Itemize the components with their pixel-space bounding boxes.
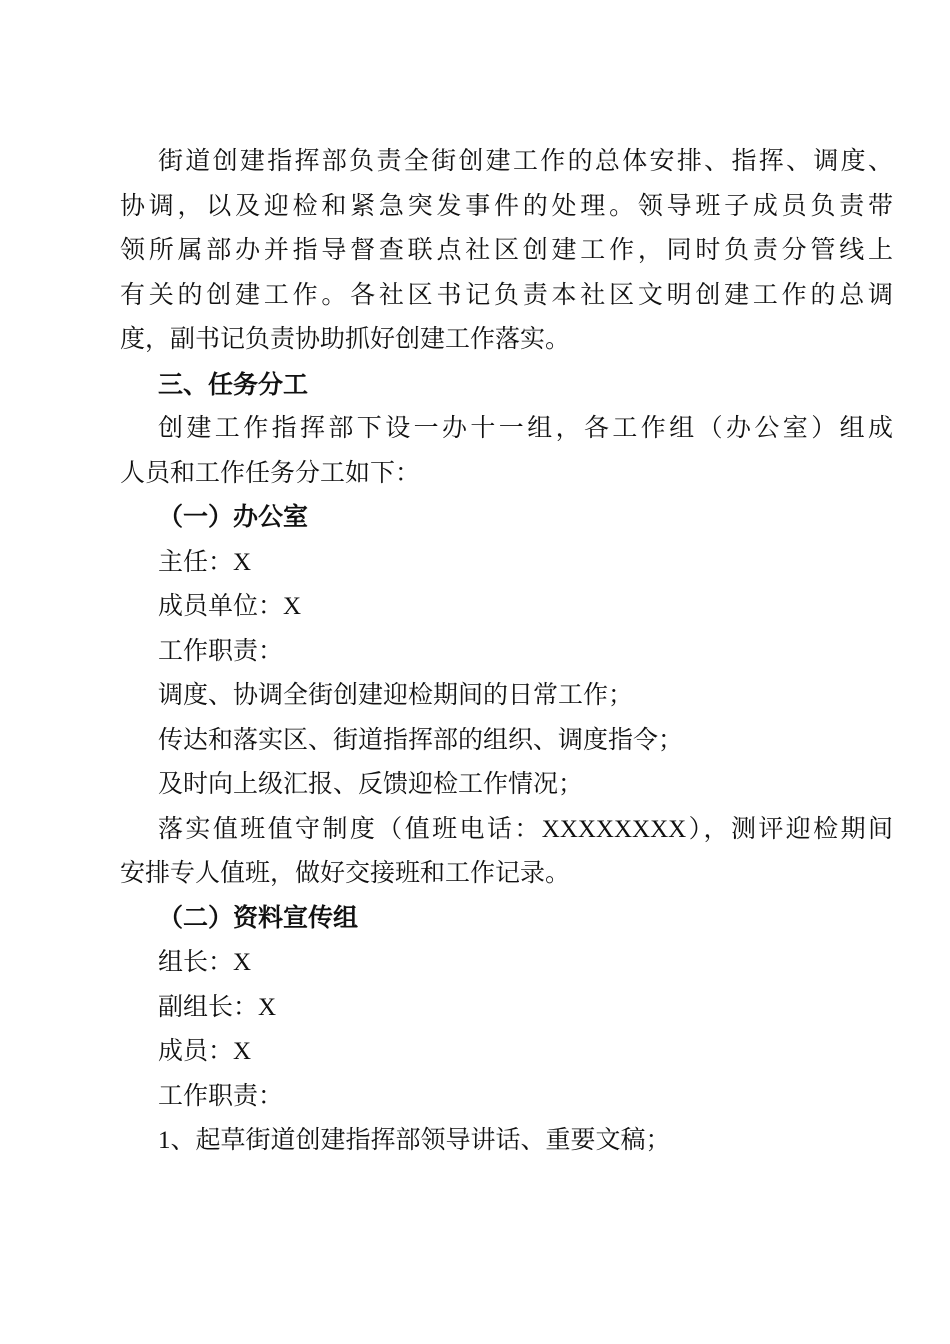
text-line: 协调，以及迎检和紧急突发事件的处理。领导班子成员负责带 [120,185,893,230]
text-line: 工作职责： [120,630,893,675]
text-line: 度，副书记负责协助抓好创建工作落实。 [120,318,893,363]
text-line: 落实值班值守制度（值班电话：XXXXXXXX），测评迎检期间 [120,808,893,853]
section-heading: 三、任务分工 [120,363,893,408]
text-line: 人员和工作任务分工如下： [120,452,893,497]
section-heading: （一）办公室 [120,496,893,541]
text-line: 街道创建指挥部负责全街创建工作的总体安排、指挥、调度、 [120,140,893,185]
text-line: 创建工作指挥部下设一办十一组，各工作组（办公室）组成 [120,407,893,452]
text-line: 及时向上级汇报、反馈迎检工作情况； [120,763,893,808]
text-line: 领所属部办并指导督查联点社区创建工作，同时负责分管线上 [120,229,893,274]
text-line: 副组长：X [120,986,893,1031]
text-line: 传达和落实区、街道指挥部的组织、调度指令； [120,719,893,764]
text-line: 组长：X [120,941,893,986]
text-line: 有关的创建工作。各社区书记负责本社区文明创建工作的总调 [120,274,893,319]
section-heading: （二）资料宣传组 [120,897,893,942]
text-line: 成员单位：X [120,585,893,630]
text-line: 1、起草街道创建指挥部领导讲话、重要文稿； [120,1119,893,1164]
text-line: 成员：X [120,1030,893,1075]
text-line: 主任：X [120,541,893,586]
document-page: 街道创建指挥部负责全街创建工作的总体安排、指挥、调度、协调，以及迎检和紧急突发事… [0,0,950,1344]
document-content: 街道创建指挥部负责全街创建工作的总体安排、指挥、调度、协调，以及迎检和紧急突发事… [120,140,893,1164]
text-line: 工作职责： [120,1075,893,1120]
text-line: 调度、协调全街创建迎检期间的日常工作； [120,674,893,719]
text-line: 安排专人值班，做好交接班和工作记录。 [120,852,893,897]
